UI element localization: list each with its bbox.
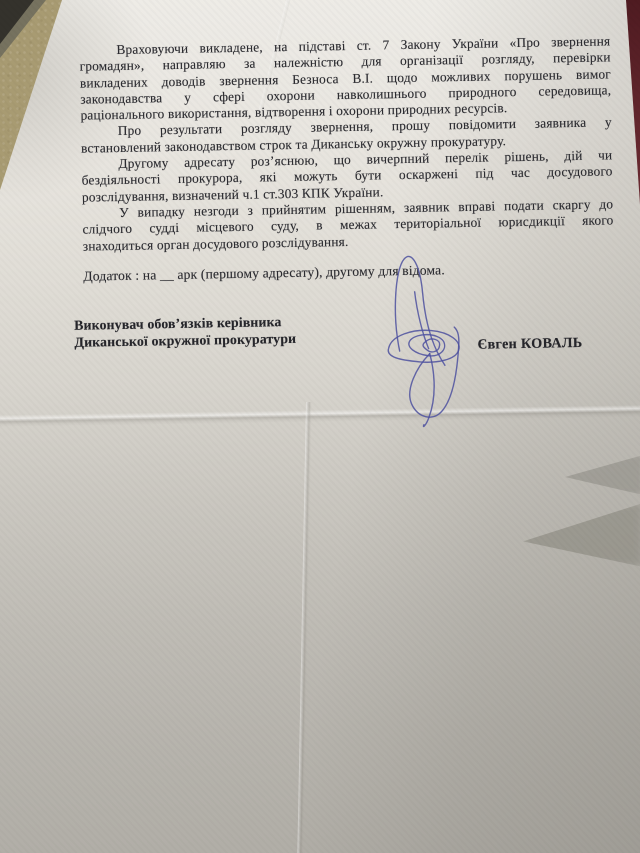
paragraph: Враховуючи викладене, на підставі ст. 7 … — [79, 33, 611, 124]
signature-scribble — [376, 241, 489, 443]
signature-block: Виконувач обов’язків керівника Дикансько… — [84, 308, 616, 352]
signer-name: Євген КОВАЛЬ — [477, 335, 582, 354]
paragraph: У випадку незгоди з прийнятим рішенням, … — [82, 196, 614, 254]
photo-of-document: Враховуючи викладене, на підставі ст. 7 … — [0, 0, 640, 853]
attachment-line: Додаток : на __ арк (першому адресату), … — [83, 259, 614, 285]
letter-body: Враховуючи викладене, на підставі ст. 7 … — [79, 33, 624, 842]
